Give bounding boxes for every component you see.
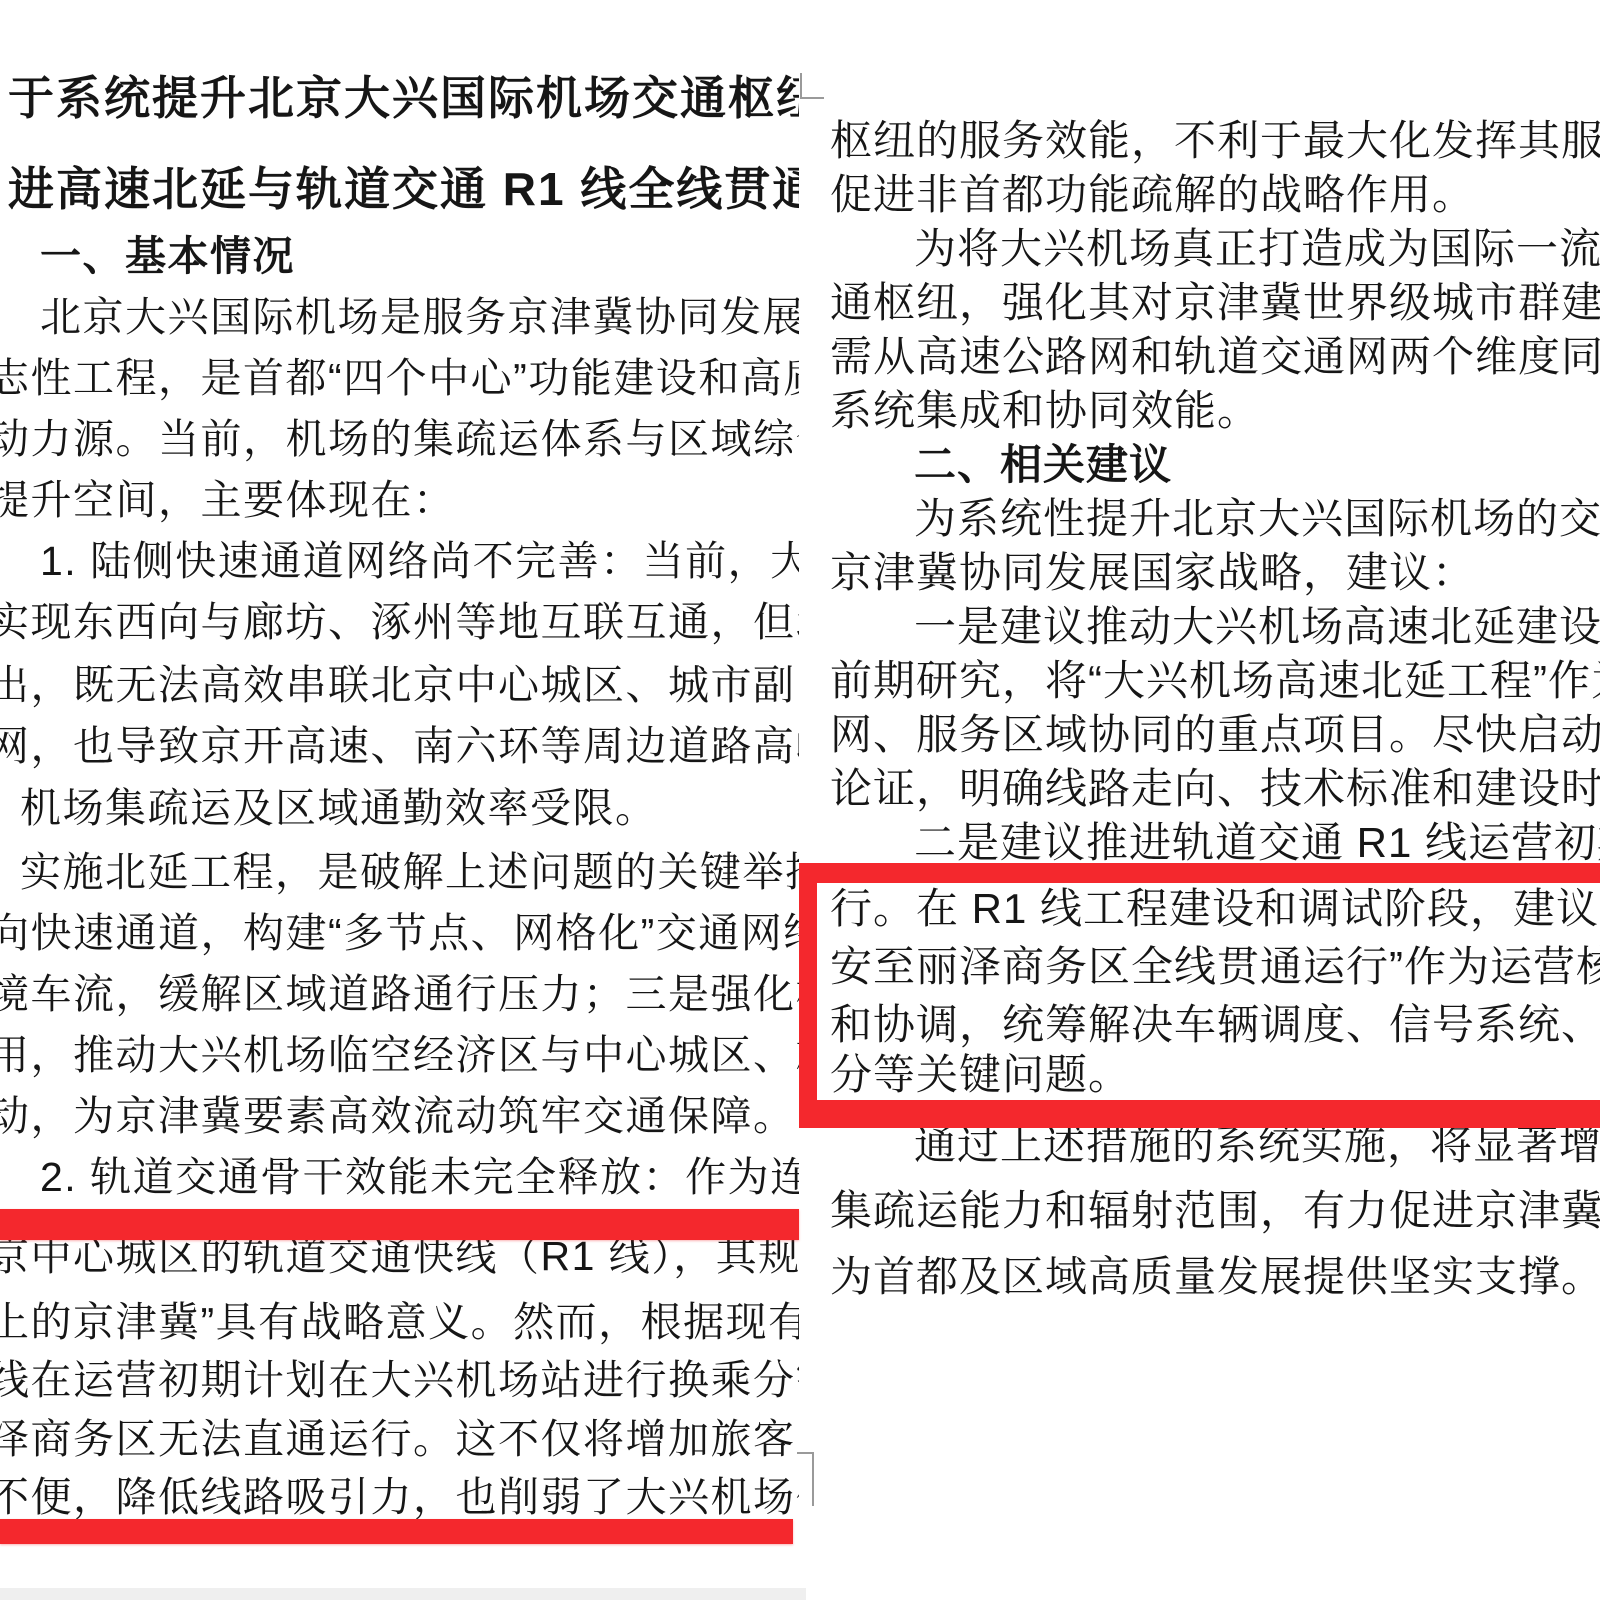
text-line: 需从高速公路网和轨道交通网两个维度同步优化提升，加: [830, 336, 1600, 378]
text-line: 通过上述措施的系统实施，将显著增强大兴国际机场: [914, 1124, 1600, 1166]
text-line: 二、相关建议: [914, 444, 1172, 486]
text-line: 上的京津冀”具有战略意义。然而，根据现有运营安排: [0, 1302, 799, 1343]
text-line: 枢纽的服务效能，不利于最大化发挥其服务雄安新区建设: [830, 120, 1600, 162]
text-line: 一、基本情况: [40, 236, 295, 277]
text-line: 机场集疏运及区域通勤效率受限。: [20, 788, 658, 829]
text-boundary-corner-mark: [800, 73, 824, 99]
red-strike-bar-2: [0, 1519, 793, 1544]
text-line: 境车流，缓解区域道路通行压力；三是强化机场辐射带: [0, 974, 799, 1015]
text-line: 出，既无法高效串联北京中心城区、城市副中心形成闭: [0, 665, 799, 706]
text-line: 为将大兴机场真正打造成为国际一流的现代化综合: [914, 228, 1600, 270]
text-line: 二是建议推进轨道交通 R1 线运营初期实现全线贯通: [914, 822, 1600, 864]
text-boundary-corner-mark: [797, 1452, 814, 1506]
page-2: 第 2 页 共 2 页 枢纽的服务效能，不利于最大化发挥其服务雄安新区建设促进非…: [800, 0, 1600, 1600]
page-bottom-gap: [0, 1588, 806, 1600]
text-line: 京中心城区的轨道交通快线（R1 线），其规划对于构建: [0, 1236, 799, 1277]
text-line: 志性工程，是首都“四个中心”功能建设和高质量发展的: [0, 358, 799, 399]
page-1: 于系统提升北京大兴国际机场交通枢纽功能，加 进高速北延与轨道交通 R1 线全线贯…: [0, 0, 799, 1600]
text-line: 一是建议推动大兴机场高速北延建设。加快规划立项: [914, 606, 1600, 648]
text-line: 动力源。当前，机场的集疏运体系与区域综合交通网络: [0, 419, 799, 460]
text-line: 实施北延工程，是破解上述问题的关键举措：一是打: [20, 852, 799, 893]
text-line: 向快速通道，构建“多节点、网格化”交通网络；二是分: [0, 913, 799, 954]
text-line: 用，推动大兴机场临空经济区与中心城区、雄安新区产: [0, 1035, 799, 1076]
text-line: 网、服务区域协同的重点项目。尽快启动可行性研究和综: [830, 714, 1600, 756]
text-line: 通枢纽，强化其对京津冀世界级城市群建设的支撑能力，: [830, 282, 1600, 324]
text-line: 不便，降低线路吸引力，也削弱了大兴机场作为空铁联: [0, 1477, 799, 1518]
text-line: 北京大兴国际机场是服务京津冀协同发展的国家重: [40, 297, 799, 338]
text-line: 为首都及区域高质量发展提供坚实支撑。: [830, 1256, 1600, 1298]
text-line: 泽商务区无法直通运行。这不仅将增加旅客出行时间和: [0, 1419, 799, 1460]
document-title-line: 于系统提升北京大兴国际机场交通枢纽功能，加: [8, 75, 799, 121]
text-line: 为系统性提升北京大兴国际机场的交通枢纽功能，服: [914, 498, 1600, 540]
text-line: 动，为京津冀要素高效流动筑牢交通保障。: [0, 1096, 796, 1137]
document-canvas: 于系统提升北京大兴国际机场交通枢纽功能，加 进高速北延与轨道交通 R1 线全线贯…: [0, 0, 1600, 1600]
text-line: 京津冀协同发展国家战略，建议：: [830, 552, 1475, 594]
red-highlight-box: [799, 863, 1600, 1128]
text-line: 实现东西向与廊坊、涿州等地互联互通，但北向衔接短: [0, 602, 799, 643]
text-line: 2. 轨道交通骨干效能未完全释放：作为连接雄安新区: [40, 1157, 799, 1198]
text-line: 论证，明确线路走向、技术标准和建设时序。: [830, 768, 1600, 810]
text-line: 线在运营初期计划在大兴机场站进行换乘分割，雄安: [0, 1360, 799, 1401]
red-strike-bar-1: [0, 1209, 799, 1240]
text-line: 集疏运能力和辐射范围，有力促进京津冀交通一体化进程: [830, 1190, 1600, 1232]
text-line: 1. 陆侧快速通道网络尚不完善：当前，大兴机场高速: [40, 541, 799, 582]
text-line: 前期研究，将“大兴机场高速北延工程”作为完善全市高速: [830, 660, 1600, 702]
text-line: 网，也导致京开高速、南六环等周边道路高峰时段拥堵: [0, 726, 799, 767]
text-line: 促进非首都功能疏解的战略作用。: [830, 174, 1475, 216]
text-line: 系统集成和协同效能。: [830, 390, 1260, 432]
document-title-line: 进高速北延与轨道交通 R1 线全线贯通运行的建: [8, 166, 799, 212]
text-line: 提升空间，主要体现在：: [0, 480, 456, 521]
